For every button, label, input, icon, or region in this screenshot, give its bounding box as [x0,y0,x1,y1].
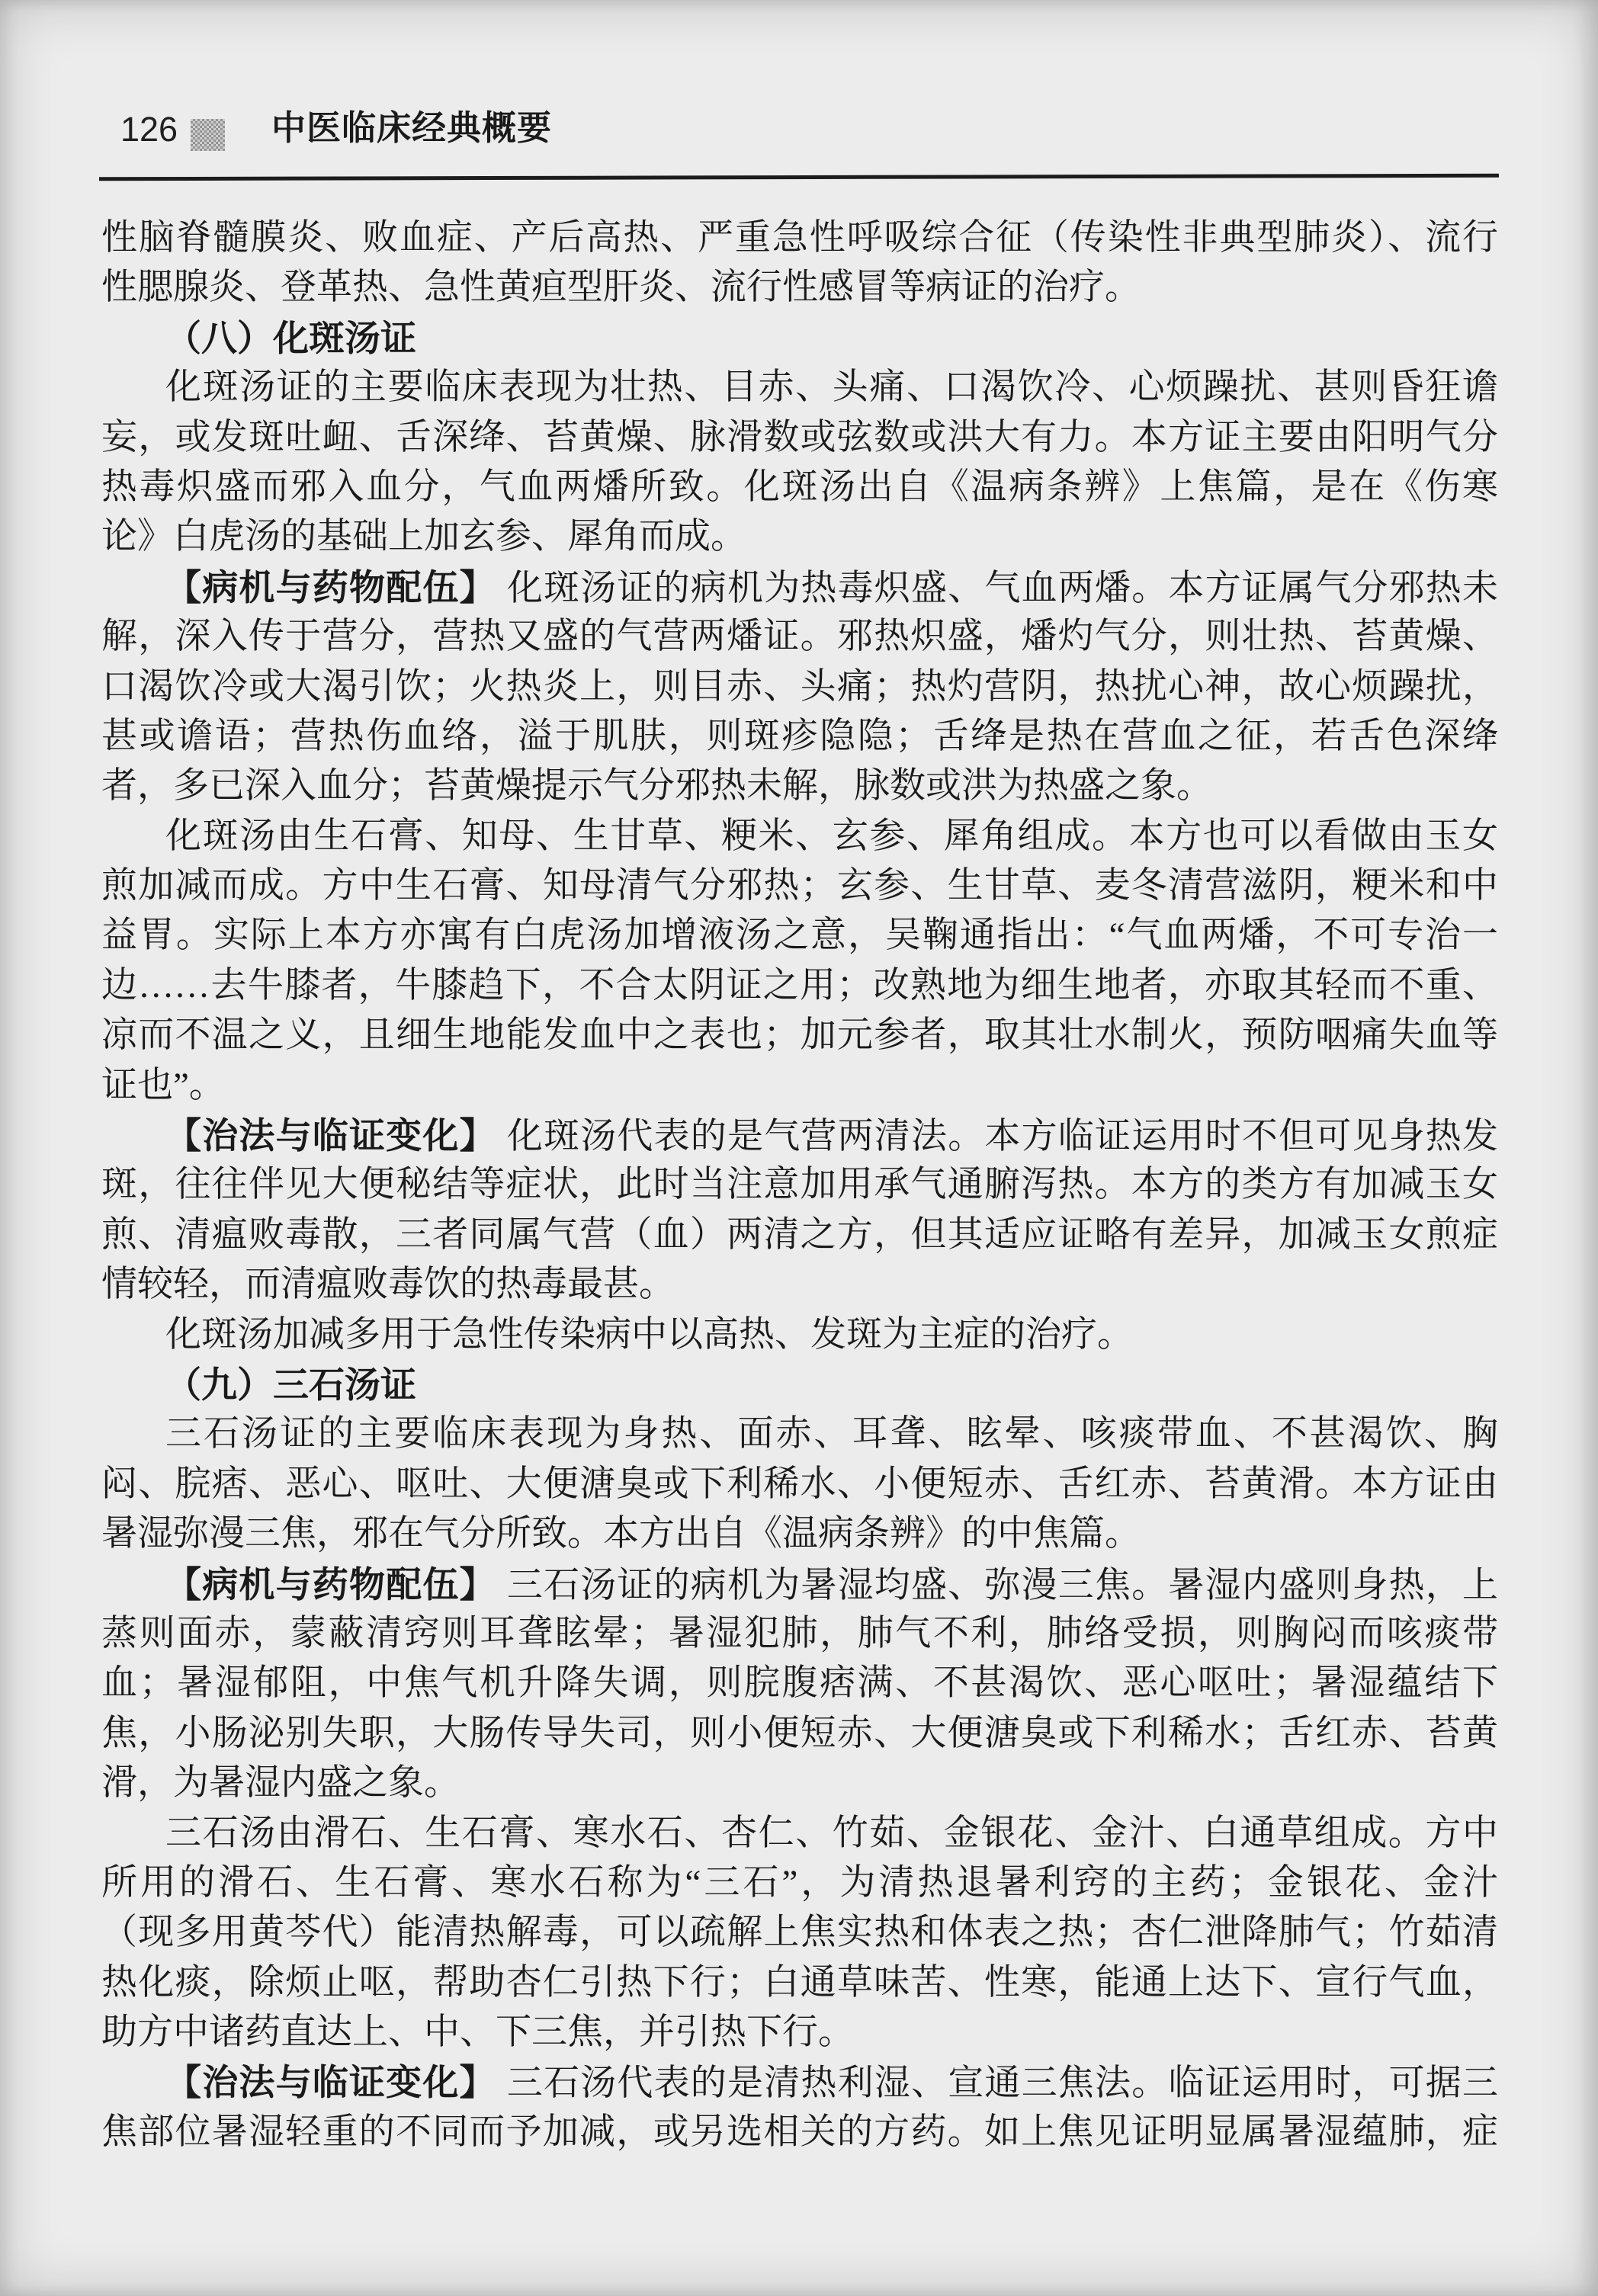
text-line: 情较轻，而清瘟败毒饮的热毒最甚。 [101,1260,1498,1310]
term-label: 【治法与临证变化】 [165,1115,496,1156]
text-line: 化斑汤加减多用于急性传染病中以高热、发斑为主症的治疗。 [101,1310,1498,1360]
text-line: 性脑脊髓膜炎、败血症、产后高热、严重急性呼吸综合征（传染性非典型肺炎）、流行 [101,213,1498,263]
text-line: 妄，或发斑吐衄、舌深绛、苔黄燥、脉滑数或弦数或洪大有力。本方证主要由阳明气分 [101,413,1498,463]
book-title: 中医临床经典概要 [271,108,552,148]
text-line: 解，深入传于营分，营热又盛的气营两燔证。邪热炽盛，燔灼气分，则壮热、苔黄燥、 [101,612,1498,662]
text-line: 论》白虎汤的基础上加玄参、犀角而成。 [101,512,1498,562]
text-line: 证也”。 [101,1061,1498,1111]
text-line: 化斑汤证的主要临床表现为壮热、目赤、头痛、口渴饮冷、心烦躁扰、甚则昏狂谵 [101,363,1498,412]
section-heading: （九）三石汤证 [101,1360,1498,1409]
page-number: 126 [120,111,178,148]
text-line: 三石汤证的主要临床表现为身热、面赤、耳聋、眩晕、咳痰带血、不甚渴饮、胸 [101,1409,1498,1459]
text-line: 凉而不温之义，且细生地能发血中之表也；加元参者，取其壮水制火，预防咽痛失血等 [101,1011,1498,1060]
text-line: 甚或谵语；营热伤血络，溢于肌肤，则斑疹隐隐；舌绛是热在营血之征，若舌色深绛 [101,712,1498,762]
text-line: 助方中诸药直达上、中、下三焦，并引热下行。 [101,2008,1498,2057]
text-line: 闷、脘痞、恶心、呕吐、大便溏臭或下利稀水、小便短赤、舌红赤、苔黄滑。本方证由 [101,1460,1498,1509]
halftone-square-icon [191,119,225,151]
text-line: 边……去牛膝者，牛膝趋下，不合太阴证之用；改熟地为细生地者，亦取其轻而不重、 [101,961,1498,1011]
text-line: 煎加减而成。方中生石膏、知母清气分邪热；玄参、生甘草、麦冬清营滋阴，粳米和中 [101,861,1498,911]
text-line: 【治法与临证变化】化斑汤代表的是气营两清法。本方临证运用时不但可见身热发 [101,1111,1498,1160]
text-line: 焦，小肠泌别失职，大肠传导失司，则小便短赤、大便溏臭或下利稀水；舌红赤、苔黄 [101,1709,1498,1759]
text-line: 【病机与药物配伍】三石汤证的病机为暑湿均盛、弥漫三焦。暑湿内盛则身热，上 [101,1560,1498,1609]
header-rule [99,174,1499,181]
text-line: （现多用黄芩代）能清热解毒，可以疏解上焦实热和体表之热；杏仁泄降肺气；竹茹清 [101,1908,1498,1958]
text-line: 蒸则面赤，蒙蔽清窍则耳聋眩晕；暑湿犯肺，肺气不利，肺络受损，则胸闷而咳痰带 [101,1609,1498,1659]
text-line: 暑湿弥漫三焦，邪在气分所致。本方出自《温病条辨》的中焦篇。 [101,1509,1498,1559]
term-label: 【病机与药物配伍】 [165,1564,496,1605]
page-content: 性脑脊髓膜炎、败血症、产后高热、严重急性呼吸综合征（传染性非典型肺炎）、流行性腮… [101,213,1498,2157]
book-page: 126 中医临床经典概要 性脑脊髓膜炎、败血症、产后高热、严重急性呼吸综合征（传… [0,0,1598,2296]
text-line: 煎、清瘟败毒散，三者同属气营（血）两清之方，但其适应证略有差异，加减玉女煎症 [101,1211,1498,1260]
text-line: 化斑汤由生石膏、知母、生甘草、粳米、玄参、犀角组成。本方也可以看做由玉女 [101,812,1498,861]
text-line: 者，多已深入血分；苔黄燥提示气分邪热未解，脉数或洪为热盛之象。 [101,762,1498,811]
text-line: 【治法与临证变化】三石汤代表的是清热利湿、宣通三焦法。临证运用时，可据三 [101,2057,1498,2107]
text-line: 焦部位暑湿轻重的不同而予加减，或另选相关的方药。如上焦见证明显属暑湿蕴肺，症 [101,2108,1498,2157]
text-line: 热化痰，除烦止呕，帮助杏仁引热下行；白通草味苦、性寒，能通上达下、宣行气血， [101,1958,1498,2008]
text-line: 三石汤由滑石、生石膏、寒水石、杏仁、竹茹、金银花、金汁、白通草组成。方中 [101,1809,1498,1858]
text-line: 斑，往往伴见大便秘结等症状，此时当注意加用承气通腑泻热。本方的类方有加减玉女 [101,1160,1498,1210]
term-label: 【治法与临证变化】 [165,2062,496,2102]
text-line: 【病机与药物配伍】化斑汤证的病机为热毒炽盛、气血两燔。本方证属气分邪热未 [101,563,1498,612]
term-label: 【病机与药物配伍】 [165,567,496,608]
section-heading: （八）化斑汤证 [101,313,1498,363]
text-line: 热毒炽盛而邪入血分，气血两燔所致。化斑汤出自《温病条辨》上焦篇，是在《伤寒 [101,463,1498,512]
text-line: 血；暑湿郁阻，中焦气机升降失调，则脘腹痞满、不甚渴饮、恶心呕吐；暑湿蕴结下 [101,1659,1498,1708]
text-line: 口渴饮冷或大渴引饮；火热炎上，则目赤、头痛；热灼营阴，热扰心神，故心烦躁扰， [101,662,1498,712]
text-line: 滑，为暑湿内盛之象。 [101,1759,1498,1808]
text-line: 性腮腺炎、登革热、急性黄疸型肝炎、流行性感冒等病证的治疗。 [101,263,1498,313]
text-line: 益胃。实际上本方亦寓有白虎汤加增液汤之意，吴鞠通指出：“气血两燔，不可专治一 [101,911,1498,960]
text-line: 所用的滑石、生石膏、寒水石称为“三石”，为清热退暑利窍的主药；金银花、金汁 [101,1858,1498,1908]
